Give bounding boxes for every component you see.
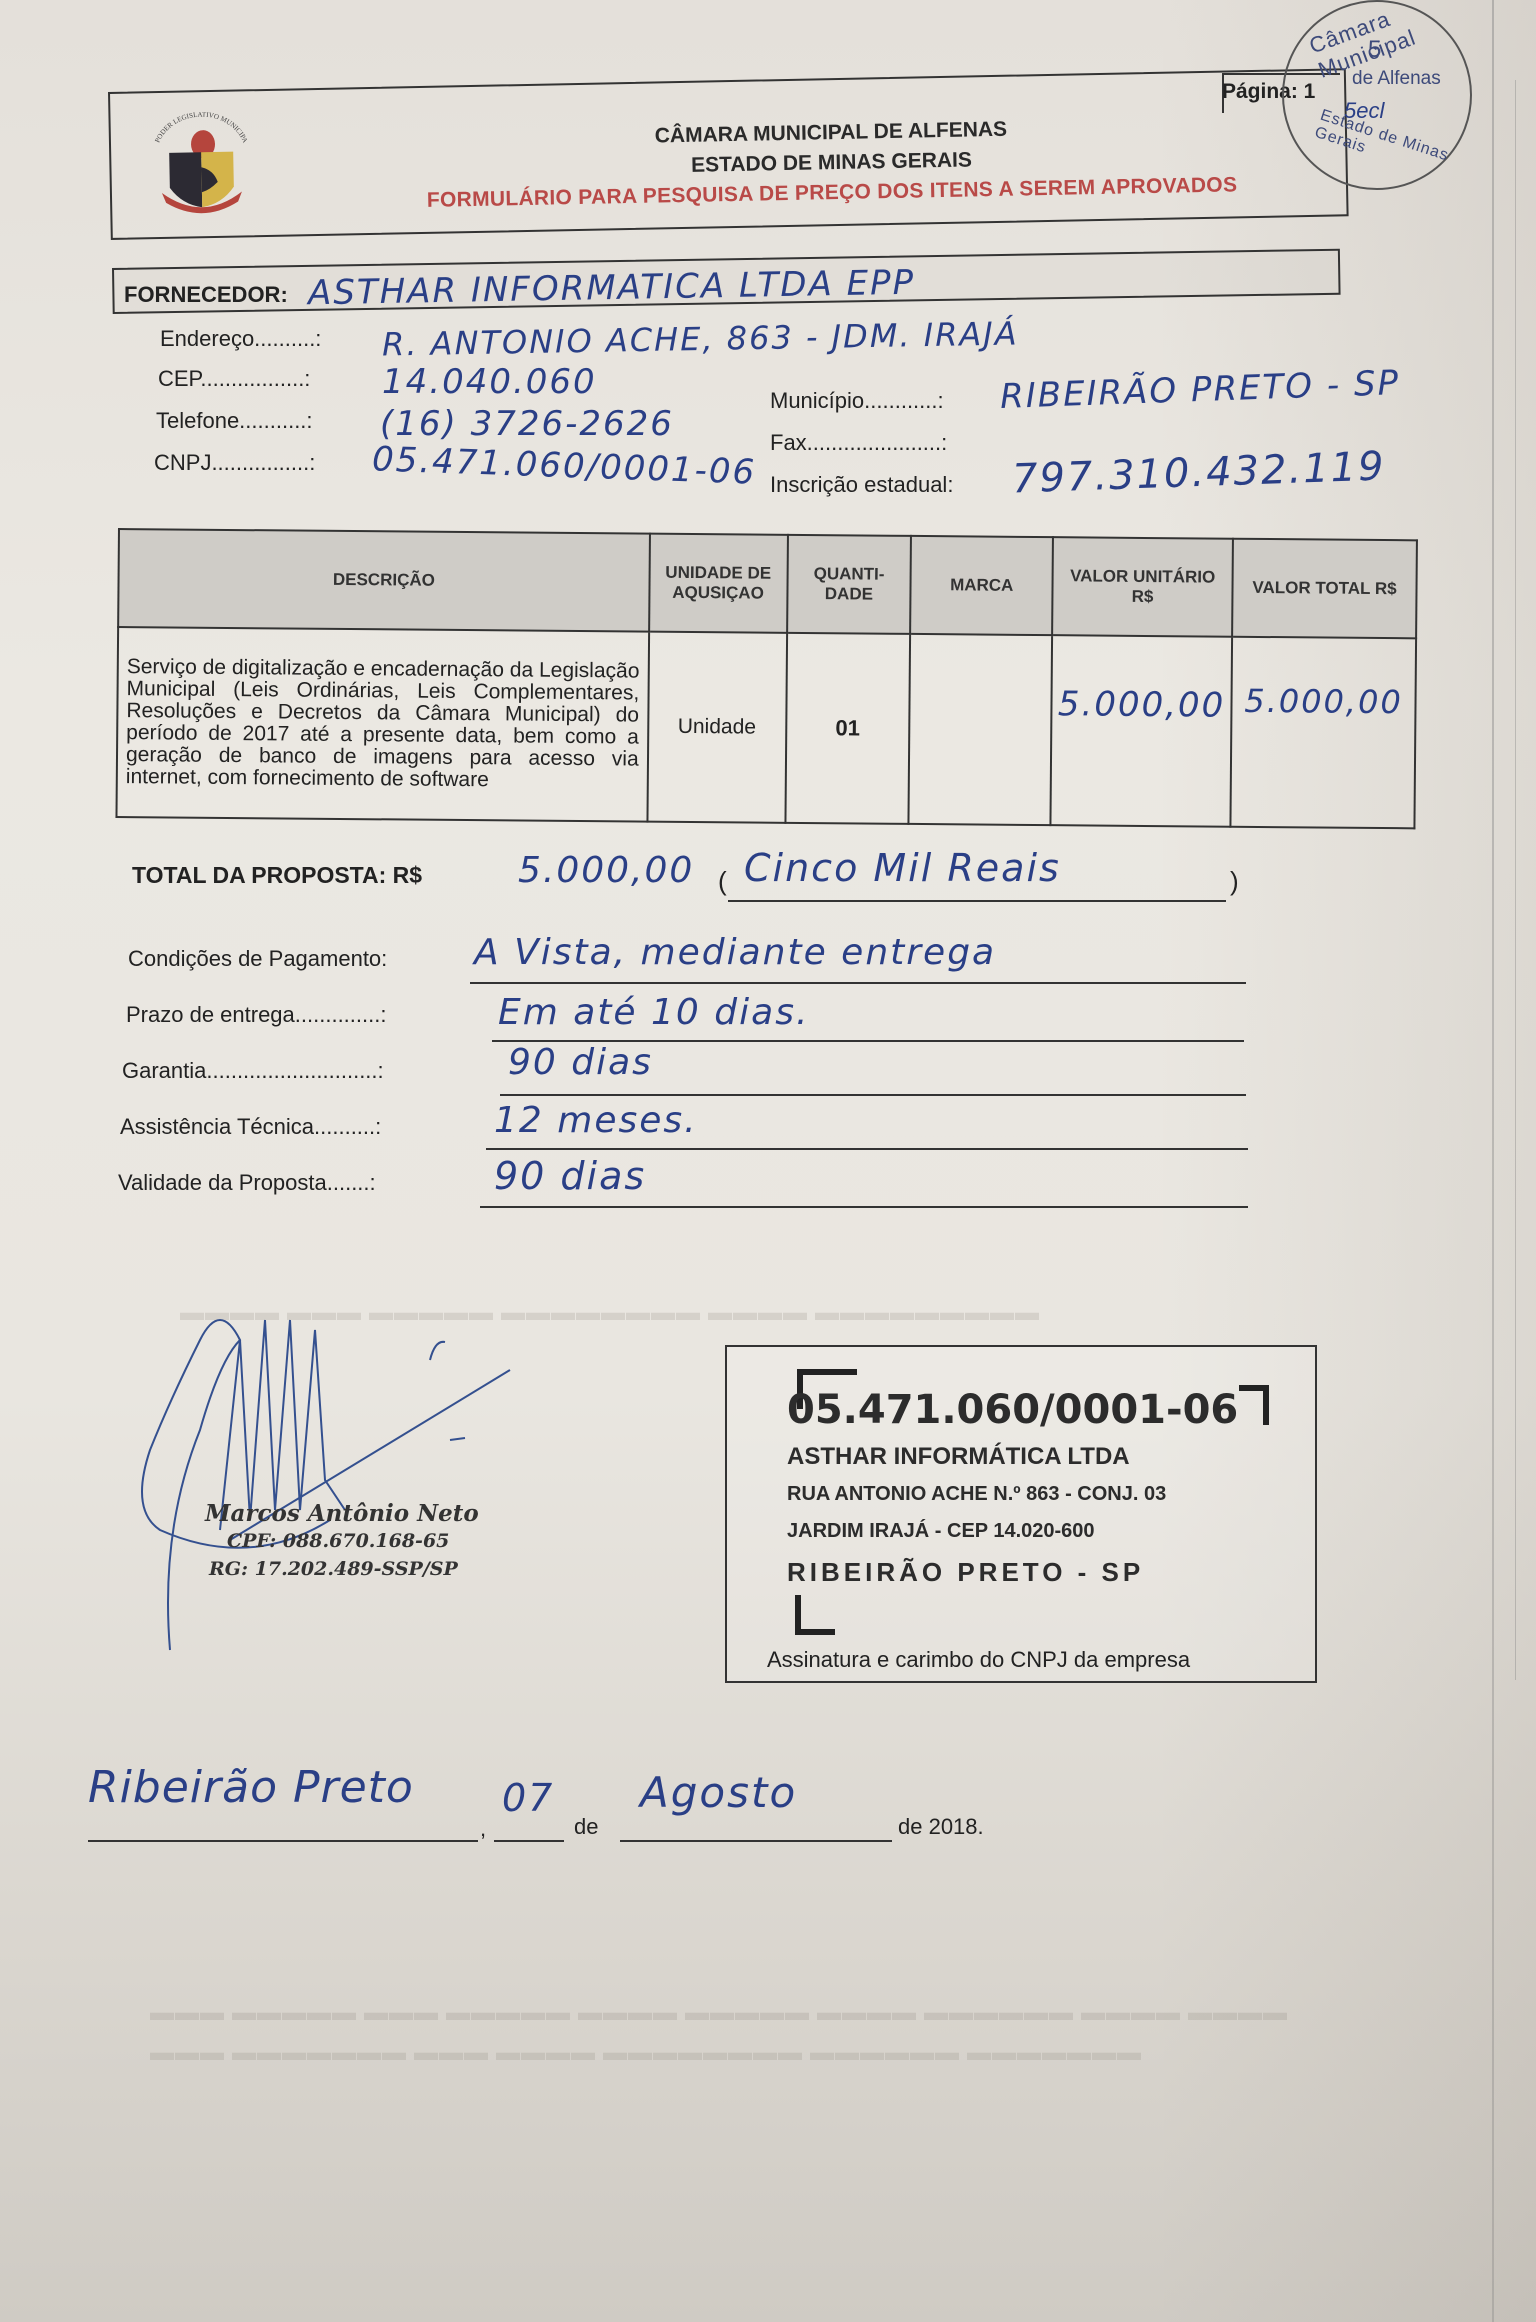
warranty-label: Garantia............................: (122, 1058, 384, 1084)
state-registration-value[interactable]: 797.310.432.119 (1011, 443, 1386, 502)
total-words-value[interactable]: Cinco Mil Reais (744, 846, 1061, 890)
stamp-bottom-text: Estado de Minas Gerais (1312, 107, 1471, 189)
cep-label: CEP.................: (158, 366, 310, 392)
header-unit-price: VALOR UNITÁRIO R$ (1052, 537, 1233, 637)
table-header-row: DESCRIÇÃO UNIDADE DE AQUSIÇAO QUANTI-DAD… (118, 529, 1417, 638)
signer-rg: RG: 17.202.489-SSP/SP (205, 1555, 479, 1583)
item-quantity: 01 (785, 633, 910, 824)
bleed-through-text: ▬▬▬ ▬▬▬▬▬▬▬ ▬▬▬ ▬▬▬▬ ▬▬▬▬▬▬▬▬ ▬▬▬▬▬▬ ▬▬▬… (150, 2040, 1142, 2067)
received-stamp: Câmara Municipal 5 de Alfenas 5ecl Estad… (1282, 0, 1472, 190)
table-row: Serviço de digitalização e encadernação … (116, 627, 1416, 828)
open-paren: ( (718, 866, 727, 897)
item-unit-price[interactable]: 5.000,00 (1051, 635, 1233, 827)
state-registration-label: Inscrição estadual: (770, 472, 953, 498)
total-words-line (728, 900, 1226, 902)
item-description: Serviço de digitalização e encadernação … (116, 627, 648, 822)
item-total-price[interactable]: 5.000,00 (1230, 637, 1416, 829)
cnpj-value[interactable]: 05.471.060/0001-06 (371, 439, 756, 492)
items-table: DESCRIÇÃO UNIDADE DE AQUSIÇAO QUANTI-DAD… (115, 528, 1417, 829)
fax-label: Fax......................: (770, 430, 947, 456)
date-month-value[interactable]: Agosto (640, 1768, 797, 1817)
date-day-value[interactable]: 07 (502, 1776, 554, 1820)
page-shadow (1156, 0, 1536, 2322)
item-unit: Unidade (647, 632, 787, 823)
date-city-line (88, 1840, 478, 1842)
header-box: PODER LEGISLATIVO MUNICIPAL CÂMARA MUNIC… (108, 68, 1349, 240)
header-unit: UNIDADE DE AQUSIÇAO (649, 534, 788, 633)
payment-label: Condições de Pagamento: (128, 946, 387, 972)
municipality-label: Município............: (770, 388, 944, 414)
phone-label: Telefone...........: (156, 408, 313, 434)
signer-cpf: CPF: 088.670.168-65 (205, 1527, 479, 1555)
date-year-label: de 2018. (898, 1814, 984, 1840)
tech-support-value[interactable]: 12 meses. (494, 1100, 698, 1141)
municipality-value[interactable]: RIBEIRÃO PRETO - SP (999, 363, 1400, 417)
item-brand[interactable] (909, 634, 1052, 825)
delivery-value[interactable]: Em até 10 dias. (498, 992, 809, 1033)
supplier-label: FORNECEDOR: (124, 282, 288, 308)
header-brand: MARCA (910, 536, 1053, 635)
stamp-cnpj: 05.471.060/0001-06 (787, 1387, 1257, 1433)
page-edge-secondary (1515, 80, 1516, 1680)
warranty-value[interactable]: 90 dias (508, 1042, 653, 1083)
tech-support-label: Assistência Técnica..........: (120, 1114, 381, 1140)
date-de-label: de (574, 1814, 598, 1840)
date-city-value[interactable]: Ribeirão Preto (88, 1762, 414, 1813)
date-day-line (494, 1840, 564, 1842)
address-label: Endereço..........: (160, 326, 321, 352)
stamp-address-line2: JARDIM IRAJÁ - CEP 14.020-600 (787, 1520, 1257, 1543)
validity-label: Validade da Proposta.......: (118, 1170, 376, 1196)
cnpj-label: CNPJ................: (154, 450, 315, 476)
payment-value[interactable]: A Vista, mediante entrega (474, 932, 996, 973)
stamp-bracket-bottom-left (795, 1595, 835, 1635)
total-proposal-label: TOTAL DA PROPOSTA: R$ (132, 862, 422, 889)
signer-info: Marcos Antônio Neto CPF: 088.670.168-65 … (205, 1500, 479, 1583)
cep-value[interactable]: 14.040.060 (382, 362, 597, 402)
stamp-company-name: ASTHAR INFORMÁTICA LTDA (787, 1443, 1257, 1471)
address-value[interactable]: R. ANTONIO ACHE, 863 - JDM. IRAJÁ (382, 314, 1019, 363)
delivery-label: Prazo de entrega..............: (126, 1002, 386, 1028)
date-month-line (620, 1840, 892, 1842)
bleed-through-text: ▬▬▬ ▬▬▬▬▬ ▬▬▬ ▬▬▬▬▬ ▬▬▬▬ ▬▬▬▬▬ ▬▬▬▬ ▬▬▬▬… (150, 2000, 1288, 2027)
warranty-line (500, 1094, 1246, 1096)
municipal-coat-of-arms-logo: PODER LEGISLATIVO MUNICIPAL (150, 111, 252, 223)
validity-value[interactable]: 90 dias (494, 1154, 646, 1198)
date-comma: , (480, 1816, 486, 1842)
stamp-address-line1: RUA ANTONIO ACHE N.º 863 - CONJ. 03 (787, 1483, 1257, 1506)
stamp-number: 5 (1368, 36, 1381, 64)
validity-line (480, 1206, 1248, 1208)
total-proposal-value[interactable]: 5.000,00 (518, 850, 694, 891)
header-total-price: VALOR TOTAL R$ (1232, 539, 1417, 639)
stamp-city: RIBEIRÃO PRETO - SP (787, 1557, 1257, 1588)
page-edge (1492, 0, 1494, 2322)
close-paren: ) (1230, 866, 1239, 897)
header-description: DESCRIÇÃO (118, 529, 650, 632)
company-stamp-box: 05.471.060/0001-06 ASTHAR INFORMÁTICA LT… (725, 1345, 1317, 1683)
stamp-middle-text: de Alfenas (1352, 68, 1441, 90)
tech-support-line (486, 1148, 1248, 1150)
signer-name: Marcos Antônio Neto (205, 1500, 479, 1527)
header-quantity: QUANTI-DADE (787, 535, 912, 634)
payment-line (470, 982, 1246, 984)
stamp-caption: Assinatura e carimbo do CNPJ da empresa (767, 1647, 1190, 1673)
phone-value[interactable]: (16) 3726-2626 (380, 404, 674, 444)
handwritten-signature (130, 1280, 550, 1660)
